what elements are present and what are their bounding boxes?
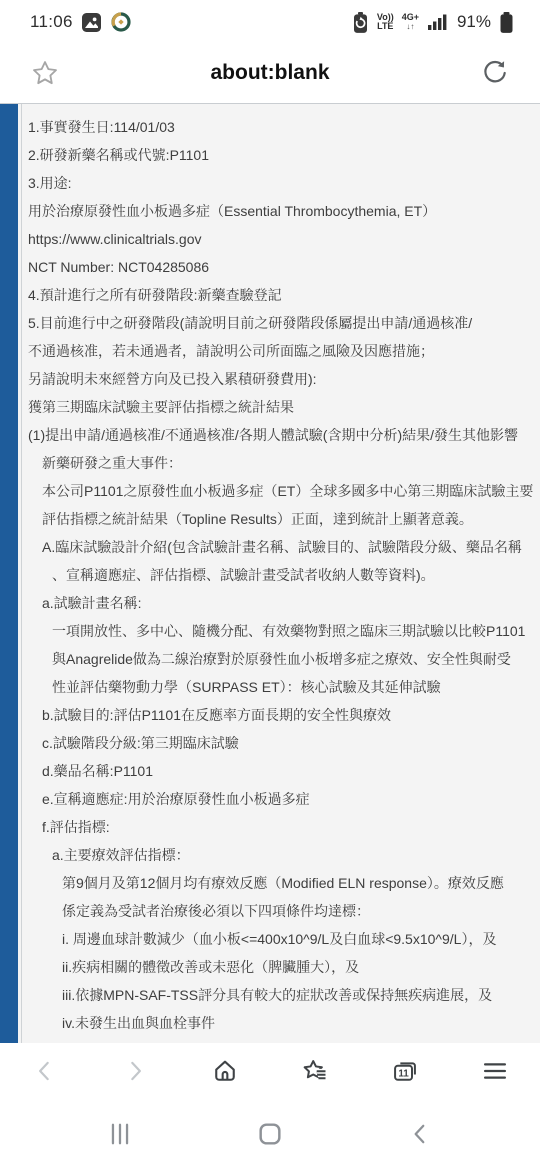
content-line: i. 周邊血球計數減少（血小板<=400x10^9/L及白血球<9.5x10^9… bbox=[28, 925, 536, 953]
content-line: A.臨床試驗設計介紹(包含試驗計畫名稱、試驗目的、試驗階段分級、藥品名稱 bbox=[28, 533, 536, 561]
refresh-button[interactable] bbox=[478, 56, 512, 90]
content-line: b.試驗目的:評估P1101在反應率方面長期的安全性與療效 bbox=[28, 701, 536, 729]
battery-saver-icon bbox=[352, 11, 369, 34]
bookmark-star-button[interactable] bbox=[28, 56, 62, 90]
content-line: e.宣稱適應症:用於治療原發性血小板過多症 bbox=[28, 785, 536, 813]
content-line: 不通過核准，若未通過者，請說明公司所面臨之風險及因應措施； bbox=[28, 337, 536, 365]
content-line: 另請說明未來經營方向及已投入累積研發費用): bbox=[28, 365, 536, 393]
home-button[interactable] bbox=[180, 1043, 270, 1098]
content-line: f.評估指標: bbox=[28, 813, 536, 841]
content-line: 獲第三期臨床試驗主要評估指標之統計結果 bbox=[28, 393, 536, 421]
network-4g-indicator: 4G+ ↓↑ bbox=[402, 13, 419, 31]
content-line: d.藥品名稱:P1101 bbox=[28, 757, 536, 785]
battery-icon bbox=[499, 11, 514, 34]
content-line: 與Anagrelide做為二線治療對於原發性血小板增多症之療效、安全性與耐受 bbox=[28, 645, 536, 673]
content-line: iv.未發生出血與血栓事件 bbox=[28, 1009, 536, 1037]
signal-strength-icon bbox=[427, 13, 449, 31]
content-line: 係定義為受試者治療後必須以下四項條件均達標： bbox=[28, 897, 536, 925]
browser-address-bar: about:blank bbox=[0, 44, 540, 102]
content-line: 5.目前進行中之研發階段(請說明目前之研發階段係屬提出申請/通過核准/ bbox=[28, 309, 536, 337]
content-line: ii.疾病相關的體徵改善或未惡化（脾臟腫大），及 bbox=[28, 953, 536, 981]
webpage-content: 1.事實發生日:114/01/032.研發新藥名稱或代號:P11013.用途:用… bbox=[0, 103, 540, 1043]
content-line: 一項開放性、多中心、隨機分配、有效藥物對照之臨床三期試驗以比較P1101 bbox=[28, 617, 536, 645]
content-line: 2.研發新藥名稱或代號:P1101 bbox=[28, 141, 536, 169]
content-line: 性並評估藥物動力學（SURPASS ET）：核心試驗及其延伸試驗 bbox=[28, 673, 536, 701]
back-button[interactable] bbox=[0, 1043, 90, 1098]
content-line: 本公司P1101之原發性血小板過多症（ET）全球多國多中心第三期臨床試驗主要 bbox=[28, 477, 536, 505]
tab-count: 11 bbox=[398, 1068, 409, 1079]
status-time: 11:06 bbox=[30, 12, 73, 32]
content-line: 、宣稱適應症、評估指標、試驗計畫受試者收納人數等資料)。 bbox=[28, 561, 536, 589]
content-line: 1.事實發生日:114/01/03 bbox=[28, 113, 536, 141]
recents-button[interactable] bbox=[96, 1110, 144, 1158]
content-line: NCT Number: NCT04285086 bbox=[28, 253, 536, 281]
content-left-border bbox=[0, 104, 18, 1043]
battery-percent-text: 91% bbox=[457, 12, 491, 32]
gallery-notification-icon bbox=[81, 12, 102, 33]
tabs-button[interactable]: 11 bbox=[360, 1043, 450, 1098]
forward-button[interactable] bbox=[90, 1043, 180, 1098]
content-line: (1)提出申請/通過核准/不通過核准/各期人體試驗(含期中分析)結果/發生其他影… bbox=[28, 421, 536, 449]
menu-button[interactable] bbox=[450, 1043, 540, 1098]
content-line: a.試驗計畫名稱: bbox=[28, 589, 536, 617]
content-line: iii.依據MPN-SAF-TSS評分具有較大的症狀改善或保持無疾病進展，及 bbox=[28, 981, 536, 1009]
announcement-text: 1.事實發生日:114/01/032.研發新藥名稱或代號:P11013.用途:用… bbox=[21, 104, 540, 1043]
content-line: 3.用途: bbox=[28, 169, 536, 197]
content-line: 用於治療原發性血小板過多症（Essential Thrombocythemia,… bbox=[28, 197, 536, 225]
nav-back-button[interactable] bbox=[396, 1110, 444, 1158]
system-navigation-bar bbox=[0, 1098, 540, 1170]
content-line: 第9個月及第12個月均有療效反應（Modified ELN response）。… bbox=[28, 869, 536, 897]
content-line: c.試驗階段分級:第三期臨床試驗 bbox=[28, 729, 536, 757]
page-title[interactable]: about:blank bbox=[0, 61, 540, 85]
volte-indicator: Vo)) LTE bbox=[377, 13, 394, 31]
browser-toolbar: 11 bbox=[0, 1043, 540, 1098]
phone-screen: 11:06 bbox=[0, 0, 540, 1170]
content-line: 評估指標之統計結果（Topline Results）正面，達到統計上顯著意義。 bbox=[28, 505, 536, 533]
nav-home-button[interactable] bbox=[246, 1110, 294, 1158]
status-bar: 11:06 bbox=[0, 0, 540, 44]
content-line: a.主要療效評估指標： bbox=[28, 841, 536, 869]
content-line: 4.預計進行之所有研發階段:新藥查驗登記 bbox=[28, 281, 536, 309]
app-notification-icon bbox=[110, 11, 132, 33]
content-line: https://www.clinicaltrials.gov bbox=[28, 225, 536, 253]
bookmarks-button[interactable] bbox=[270, 1043, 360, 1098]
content-line: 新藥研發之重大事件： bbox=[28, 449, 536, 477]
